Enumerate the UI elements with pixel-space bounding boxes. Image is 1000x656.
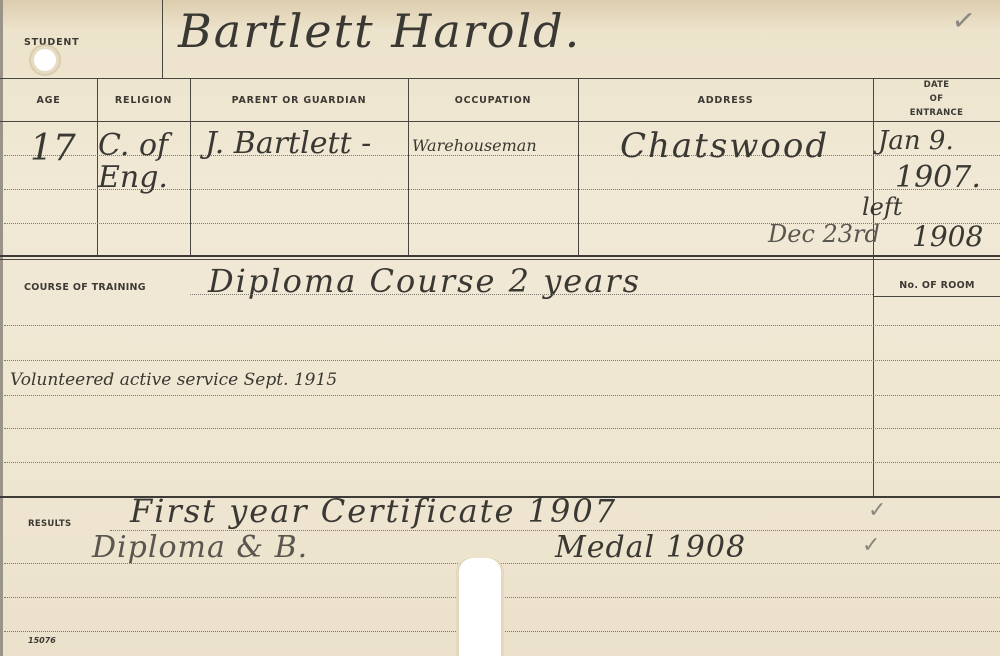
student-name: Bartlett Harold. [178,4,581,58]
rule-course-top [0,255,1000,257]
divider-occupation [578,78,579,255]
student-label: STUDENT [24,37,94,48]
service-note: Volunteered active service Sept. 1915 [10,370,337,390]
col-date-header-3: ENTRANCE [873,108,1000,118]
rule-top-header [0,78,1000,79]
course-dotted-line [4,325,1000,326]
left-label: left [862,193,902,221]
parent-value: J. Bartlett - [205,126,371,161]
results-label: RESULTS [28,519,108,529]
divider-religion [190,78,191,255]
col-occupation-header: OCCUPATION [408,95,578,106]
col-date-header-1: DATE [873,80,1000,90]
rule-bottom-header [0,121,1000,122]
room-label-underline [873,296,1000,297]
col-parent-header: PARENT OR GUARDIAN [190,95,408,106]
top-check-mark: ✓ [950,3,978,39]
col-religion-header: RELIGION [97,95,190,106]
address-value: Chatswood [620,126,829,166]
student-record-card: STUDENT Bartlett Harold. ✓ AGE RELIGION … [0,0,1000,656]
results-line2-left: Diploma & B. [92,530,308,565]
course-dotted-line [4,428,1000,429]
card-index-slot [459,558,501,656]
form-number: 15076 [28,636,56,645]
col-address-header: ADDRESS [578,95,873,106]
divider-room [873,255,874,497]
age-value: 17 [30,128,76,169]
religion-value-line1: C. of [98,128,168,163]
course-dotted-line [4,395,1000,396]
punch-hole [34,49,56,71]
religion-value-line2: Eng. [98,160,168,195]
results-dotted-line [4,631,1000,632]
course-label: COURSE OF TRAINING [24,282,204,293]
results-dotted-line [110,530,1000,531]
course-dotted-line [4,462,1000,463]
results-check-1: ✓ [868,498,886,523]
divider-student [162,0,163,78]
results-check-2: ✓ [862,533,880,558]
results-line2-right: Medal 1908 [555,530,746,565]
entrance-date-line2: 1907. [895,160,981,195]
left-date: Dec 23rd [768,220,880,248]
results-line1: First year Certificate 1907 [130,492,617,530]
results-dotted-line [4,597,1000,598]
left-year: 1908 [912,220,983,253]
divider-parent [408,78,409,255]
course-dotted-line [190,294,873,295]
course-dotted-line [4,360,1000,361]
results-dotted-line [4,563,1000,564]
col-date-header-2: OF [873,94,1000,104]
entrance-date-line1: Jan 9. [878,126,954,156]
room-label: No. OF ROOM [878,280,996,291]
occupation-value: Warehouseman [412,136,537,155]
col-age-header: AGE [0,95,97,106]
rule-course-top-2 [0,259,1000,260]
